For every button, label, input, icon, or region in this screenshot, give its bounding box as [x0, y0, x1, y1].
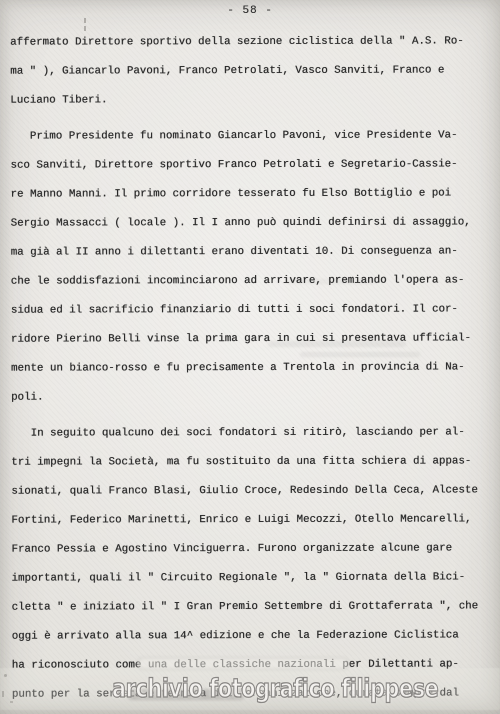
text-line: Sergio Massacci ( locale ). Il I anno pu… — [11, 208, 494, 238]
text-line: punto per la serietà e tecnica dell'orga… — [12, 679, 495, 709]
paragraph-3: In seguito qualcuno dei soci fondatori s… — [11, 418, 495, 709]
text-line: sidua ed il sacrificio finanziario di tu… — [11, 295, 494, 325]
text-line: sco Sanviti, Direttore sportivo Franco P… — [10, 150, 493, 180]
scan-speck — [2, 691, 4, 697]
text-line: tri impegni la Società, ma fu sostituito… — [11, 447, 494, 477]
text-line: ha riconosciuto come una delle classiche… — [12, 650, 495, 680]
text-line: re Manno Manni. Il primo corridore tesse… — [11, 179, 494, 209]
text-line: poli. — [11, 382, 494, 412]
scan-speck — [4, 674, 7, 677]
text-line: Fortini, Federico Marinetti, Enrico e Lu… — [11, 505, 494, 535]
page-number: - 58 - — [0, 5, 500, 17]
text-line: mente un bianco-rosso e fu precisamente … — [11, 353, 494, 383]
text-line: importanti, quali il " Circuito Regional… — [12, 563, 495, 593]
text-line: ma già al II anno i dilettanti erano div… — [11, 237, 494, 267]
text-line: Luciano Tiberi. — [10, 85, 493, 115]
text-line: sionati, quali Franco Blasi, Giulio Croc… — [11, 476, 494, 506]
scanned-document-page: - 58 - affermato Direttore sportivo dell… — [0, 0, 500, 714]
text-line: che le soddisfazioni incominciarono ad a… — [11, 266, 494, 296]
paragraph-1: affermato Direttore sportivo della sezio… — [10, 27, 493, 115]
text-line: ridore Pierino Belli vinse la prima gara… — [11, 324, 494, 354]
text-line: In seguito qualcuno dei soci fondatori s… — [11, 418, 494, 448]
paragraph-2: Primo Presidente fu nominato Giancarlo P… — [10, 121, 494, 412]
text-line: Franco Pessia e Agostino Vinciguerra. Fu… — [11, 534, 494, 564]
text-line: cletta " e iniziato il " I Gran Premio S… — [12, 592, 495, 622]
document-body: affermato Direttore sportivo della sezio… — [10, 27, 495, 709]
text-line: affermato Direttore sportivo della sezio… — [10, 27, 493, 57]
text-line: ma " ), Giancarlo Pavoni, Franco Petrola… — [10, 56, 493, 86]
text-line: Primo Presidente fu nominato Giancarlo P… — [10, 121, 493, 151]
text-line: oggi è arrivato alla sua 14^ edizione e … — [12, 621, 495, 651]
